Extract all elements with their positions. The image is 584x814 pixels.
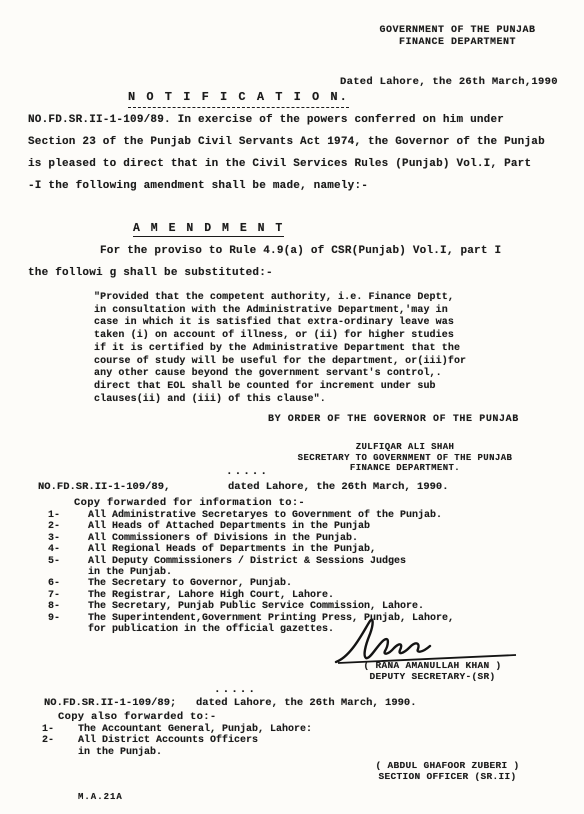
- endorsement2-refline: NO.FD.SR.II-1-109/89; dated Lahore, the …: [44, 697, 564, 709]
- by-order-line: BY ORDER OF THE GOVERNOR OF THE PUNJAB: [268, 414, 519, 425]
- list-item-number: 1-: [42, 724, 78, 735]
- separator-dots-2: .....: [214, 684, 257, 696]
- list-item-number: 9-: [48, 613, 88, 636]
- deputy-title: DEPUTY SECRETARY-(SR): [320, 671, 545, 682]
- list-item-number: 2-: [42, 735, 78, 758]
- amendment-intro: For the proviso to Rule 4.9(a) of CSR(Pu…: [28, 240, 553, 284]
- list-item: 8-The Secretary, Punjab Public Service C…: [48, 601, 518, 612]
- list-item-text: The Secretary to Governor, Punjab.: [88, 578, 292, 589]
- section-officer-block: ( ABDUL GHAFOOR ZUBERI ) SECTION OFFICER…: [330, 760, 565, 782]
- endorsement2-ref: NO.FD.SR.II-1-109/89;: [44, 697, 176, 709]
- list-item: 1-All Administrative Secretaryes to Gove…: [48, 510, 518, 521]
- endorsement2-heading: Copy also forwarded to:-: [58, 711, 216, 723]
- secretary-title-1: SECRETARY TO GOVERNMENT OF THE PUNJAB: [285, 453, 525, 464]
- amendment-quote: "Provided that the competent authority, …: [94, 292, 504, 406]
- header-block: GOVERNMENT OF THE PUNJAB FINANCE DEPARTM…: [350, 25, 565, 49]
- list-item-text: All District Accounts Officers in the Pu…: [78, 735, 258, 758]
- list-item: 3-All Commissioners of Divisions in the …: [48, 533, 518, 544]
- secretary-signature-block: ZULFIQAR ALI SHAH SECRETARY TO GOVERNMEN…: [285, 442, 525, 474]
- list-item: 6-The Secretary to Governor, Punjab.: [48, 578, 518, 589]
- officer-title: SECTION OFFICER (SR.II): [330, 771, 565, 782]
- endorsement2-date: dated Lahore, the 26th March, 1990.: [196, 697, 417, 709]
- list-item-text: All Heads of Attached Departments in the…: [88, 521, 370, 532]
- secretary-title-2: FINANCE DEPARTMENT.: [285, 463, 525, 474]
- separator-dots-1: .....: [226, 466, 269, 478]
- officer-name: ( ABDUL GHAFOOR ZUBERI ): [330, 760, 565, 771]
- list-item-text: The Accountant General, Punjab, Lahore:: [78, 724, 312, 735]
- list-item-text: All Regional Heads of Departments in the…: [88, 544, 376, 555]
- header-dept: FINANCE DEPARTMENT: [350, 37, 565, 49]
- list-item-text: The Registrar, Lahore High Court, Lahore…: [88, 590, 334, 601]
- list-item-text: The Secretary, Punjab Public Service Com…: [88, 601, 424, 612]
- amendment-heading: A M E N D M E N T: [133, 222, 284, 237]
- list-item: 2-All District Accounts Officers in the …: [42, 735, 462, 758]
- list-item-number: 4-: [48, 544, 88, 555]
- endorsement1-ref: NO.FD.SR.II-1-109/89,: [38, 481, 170, 493]
- list-item-number: 1-: [48, 510, 88, 521]
- list-item-number: 7-: [48, 590, 88, 601]
- list-item: 4-All Regional Heads of Departments in t…: [48, 544, 518, 555]
- handwritten-signature-icon: [330, 616, 530, 666]
- list-item: 7-The Registrar, Lahore High Court, Laho…: [48, 590, 518, 601]
- list-item-number: 5-: [48, 556, 88, 579]
- list-item: 5-All Deputy Commissioners / District & …: [48, 556, 518, 579]
- list-item-number: 8-: [48, 601, 88, 612]
- notification-document: GOVERNMENT OF THE PUNJAB FINANCE DEPARTM…: [0, 0, 584, 814]
- endorsement2-list: 1-The Accountant General, Punjab, Lahore…: [42, 724, 462, 758]
- deputy-name: ( RANA AMANULLAH KHAN ): [320, 660, 545, 671]
- list-item-text: All Deputy Commissioners / District & Se…: [88, 556, 406, 579]
- secretary-name: ZULFIQAR ALI SHAH: [285, 442, 525, 453]
- list-item-number: 2-: [48, 521, 88, 532]
- endorsement1-date: dated Lahore, the 26th March, 1990.: [228, 481, 449, 493]
- list-item-number: 6-: [48, 578, 88, 589]
- list-item-text: All Commissioners of Divisions in the Pu…: [88, 533, 358, 544]
- deputy-secretary-block: ( RANA AMANULLAH KHAN ) DEPUTY SECRETARY…: [320, 660, 545, 682]
- list-item-text: All Administrative Secretaryes to Govern…: [88, 510, 442, 521]
- footer-file-mark: M.A.21A: [78, 792, 123, 802]
- list-item: 2-All Heads of Attached Departments in t…: [48, 521, 518, 532]
- header-org: GOVERNMENT OF THE PUNJAB: [350, 25, 565, 37]
- list-item: 1-The Accountant General, Punjab, Lahore…: [42, 724, 462, 735]
- doc-title: N O T I F I C A T I O N.: [128, 90, 349, 108]
- opening-paragraph: NO.FD.SR.II-1-109/89. In exercise of the…: [28, 109, 563, 197]
- endorsement1-refline: NO.FD.SR.II-1-109/89, dated Lahore, the …: [38, 481, 558, 493]
- list-item-number: 3-: [48, 533, 88, 544]
- endorsement1-heading: Copy forwarded for information to:-: [74, 497, 305, 509]
- header-date: Dated Lahore, the 26th March,1990: [340, 76, 558, 88]
